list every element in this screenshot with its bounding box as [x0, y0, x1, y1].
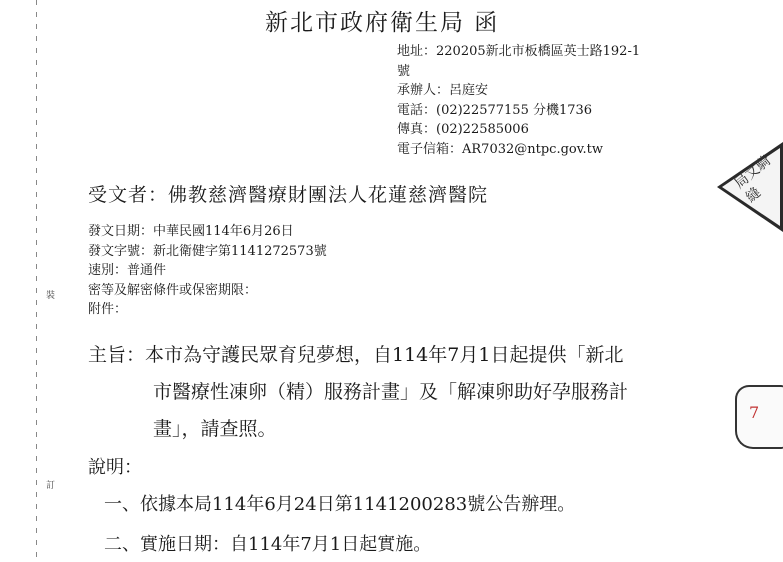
binding-mark-ding: 訂 — [46, 478, 55, 491]
subject-line-1: 主旨：本市為守護民眾育兒夢想，自114年7月1日起提供「新北 — [88, 337, 688, 374]
subject-line-2: 市醫療性凍卵（精）服務計畫」及「解凍卵助好孕服務計 — [88, 374, 688, 411]
email: 電子信箱：AR7032@ntpc.gov.tw — [397, 140, 697, 160]
document-number: 發文字號：新北衛健字第1141272573號 — [88, 242, 327, 262]
document-title: 新北市政府衛生局 函 — [265, 4, 499, 37]
issue-date: 發文日期：中華民國114年6月26日 — [88, 222, 327, 242]
address-line-cont: 號 — [397, 62, 697, 82]
explanation-item-2: 二、實施日期：自114年7月1日起實施。 — [104, 530, 431, 556]
fax: 傳真：(02)22585006 — [397, 120, 697, 140]
seal-emblem-icon: 7 — [735, 385, 783, 449]
phone: 電話：(02)22577155 分機1736 — [397, 101, 697, 121]
subject-line-3: 畫」，請查照。 — [88, 411, 688, 448]
attachment: 附件： — [88, 300, 327, 320]
subject-block: 主旨：本市為守護民眾育兒夢想，自114年7月1日起提供「新北 市醫療性凍卵（精）… — [88, 337, 688, 448]
recipient: 受文者：佛教慈濟醫療財團法人花蓮慈濟醫院 — [88, 180, 488, 207]
contact-block: 地址：220205新北市板橋區英士路192-1 號 承辦人：呂庭安 電話：(02… — [397, 42, 697, 159]
explanation-label: 說明： — [88, 453, 142, 479]
handler: 承辦人：呂庭安 — [397, 81, 697, 101]
speed-class: 速別：普通件 — [88, 261, 327, 281]
explanation-item-1: 一、依據本局114年6月24日第1141200283號公告辦理。 — [104, 490, 575, 516]
meta-block: 發文日期：中華民國114年6月26日 發文字號：新北衛健字第1141272573… — [88, 222, 327, 320]
binding-mark-zhuang: 裝 — [46, 288, 55, 301]
address-line: 地址：220205新北市板橋區英士路192-1 — [397, 42, 697, 62]
secrecy-level: 密等及解密條件或保密期限： — [88, 281, 327, 301]
binding-line — [36, 0, 37, 562]
